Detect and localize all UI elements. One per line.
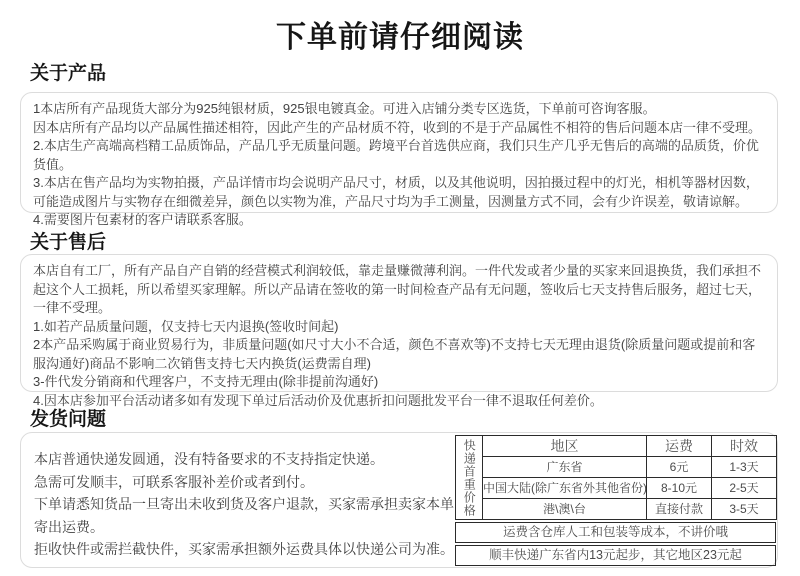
notice-line: 本店自有工厂，所有产品自产自销的经营模式利润较低，靠走量赚微薄利润。一件代发或者… bbox=[33, 262, 765, 318]
table-cell-time: 3-5天 bbox=[712, 499, 777, 520]
section-heading-aftersale: 关于售后 bbox=[30, 227, 106, 254]
notice-line: 3.本店在售产品均为实物拍摄，产品详情市均会说明产品尺寸，材质，以及其他说明，因… bbox=[33, 174, 765, 211]
table-note: 顺丰快递广东省内13元起步，其它地区23元起 bbox=[455, 545, 776, 566]
table-cell-time: 2-5天 bbox=[712, 478, 777, 499]
table-header-row: 快递首重价格 地区 运费 时效 bbox=[456, 436, 777, 457]
table-cell-time: 1-3天 bbox=[712, 457, 777, 478]
table-header-time: 时效 bbox=[712, 436, 777, 457]
notice-line: 4.因本店参加平台活动诸多如有发现下单过后活动价及优惠折扣问题批发平台一律不退取… bbox=[33, 392, 765, 411]
shipping-notice-box: 本店普通快递发圆通，没有特备要求的不支持指定快递。 急需可发顺丰，可联系客服补差… bbox=[20, 432, 778, 568]
page-title: 下单前请仔细阅读 bbox=[0, 12, 800, 56]
shipping-text-block: 本店普通快递发圆通，没有特备要求的不支持指定快递。 急需可发顺丰，可联系客服补差… bbox=[34, 448, 464, 561]
notice-line: 4.需要图片包素材的客户请联系客服。 bbox=[33, 211, 765, 230]
table-note: 运费含仓库人工和包装等成本，不讲价哦 bbox=[455, 522, 776, 543]
table-header-region: 地区 bbox=[483, 436, 647, 457]
notice-line: 3-件代发分销商和代理客户，不支持无理由(除非提前沟通好) bbox=[33, 373, 765, 392]
notice-line: 2.本店生产高端高档精工品质饰品，产品几乎无质量问题。跨境平台首选供应商，我们只… bbox=[33, 137, 765, 174]
notice-line: 2本产品采购属于商业贸易行为，非质量问题(如尺寸大小不合适，颜色不喜欢等)不支持… bbox=[33, 336, 765, 373]
notice-page: 下单前请仔细阅读 关于产品 1本店所有产品现货大部分为925纯银材质，925银电… bbox=[0, 0, 800, 576]
notice-line: 下单请悉知货品一旦寄出未收到货及客户退款，买家需承担卖家本单寄出运费。 bbox=[34, 493, 464, 538]
table-side-label: 快递首重价格 bbox=[456, 436, 483, 520]
table-cell-fee: 6元 bbox=[647, 457, 712, 478]
table-row: 中国大陆(除广东省外其他省份) 8-10元 2-5天 bbox=[456, 478, 777, 499]
notice-line: 本店普通快递发圆通，没有特备要求的不支持指定快递。 bbox=[34, 448, 464, 471]
section-heading-shipping: 发货问题 bbox=[30, 404, 106, 431]
table-header-fee: 运费 bbox=[647, 436, 712, 457]
notice-line: 急需可发顺丰，可联系客服补差价或者到付。 bbox=[34, 471, 464, 494]
section-heading-product: 关于产品 bbox=[30, 58, 106, 85]
notice-line: 拒收快件或需拦截快件，买家需承担额外运费具体以快递公司为准。 bbox=[34, 538, 464, 561]
table-cell-fee: 8-10元 bbox=[647, 478, 712, 499]
table-cell-region: 广东省 bbox=[483, 457, 647, 478]
table-cell-region: 中国大陆(除广东省外其他省份) bbox=[483, 478, 647, 499]
notice-line: 因本店所有产品均以产品属性描述相符，因此产生的产品材质不符，收到的不是于产品属性… bbox=[33, 119, 765, 138]
shipping-fee-table: 快递首重价格 地区 运费 时效 广东省 6元 1-3天 中国大陆(除广东省外其他… bbox=[455, 435, 777, 520]
aftersale-notice-box: 本店自有工厂，所有产品自产自销的经营模式利润较低，靠走量赚微薄利润。一件代发或者… bbox=[20, 254, 778, 392]
product-notice-box: 1本店所有产品现货大部分为925纯银材质，925银电镀真金。可进入店铺分类专区选… bbox=[20, 92, 778, 213]
notice-line: 1本店所有产品现货大部分为925纯银材质，925银电镀真金。可进入店铺分类专区选… bbox=[33, 100, 765, 119]
table-cell-fee: 直接付款 bbox=[647, 499, 712, 520]
table-row: 广东省 6元 1-3天 bbox=[456, 457, 777, 478]
table-cell-region: 港\澳\台 bbox=[483, 499, 647, 520]
shipping-fee-table-wrap: 快递首重价格 地区 运费 时效 广东省 6元 1-3天 中国大陆(除广东省外其他… bbox=[455, 435, 776, 566]
notice-line: 1.如若产品质量问题，仅支持七天内退换(签收时间起) bbox=[33, 318, 765, 337]
table-row: 港\澳\台 直接付款 3-5天 bbox=[456, 499, 777, 520]
